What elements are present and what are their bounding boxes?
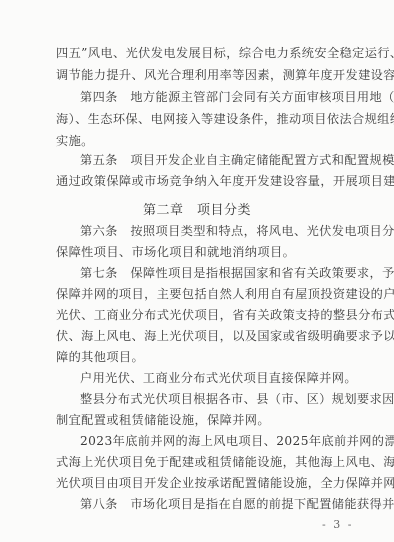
text-line: 光伏、工商业分布式光伏项目，省有关政策支持的整县分布式光 [56, 308, 352, 323]
text-line: 式海上光伏项目免于配建或租赁储能设施，其他海上风电、海上 [56, 455, 352, 470]
text-line: 光伏项目由项目开发企业按承诺配置储能设施，全力保障并网。 [56, 476, 352, 491]
text-line: 通过政策保障或市场竞争纳入年度开发建设容量，开展项目建设。 [56, 174, 352, 189]
text-line: 第六条 按照项目类型和特点，将风电、光伏发电项目分为 [80, 224, 352, 239]
text-line: 户用光伏、工商业分布式光伏项目直接保障并网。 [80, 371, 352, 386]
chapter-heading: 第二章 项目分类 [0, 199, 394, 218]
text-line: 第五条 项目开发企业自主确定储能配置方式和配置规模， [80, 153, 352, 168]
text-line: 制宜配置或租赁储能设施，保障并网。 [56, 413, 352, 428]
page-number: - 3 - [322, 518, 353, 531]
text-line: 第八条 市场化项目是指在自愿的前提下配置储能获得并 [80, 497, 352, 512]
text-line: 海）、生态环保、电网接入等建设条件，推动项目依法合规组织 [56, 112, 352, 127]
text-line: 保障性项目、市场化项目和就地消纳项目。 [56, 245, 352, 260]
text-line: 2023年底前并网的海上风电项目、2025年底前并网的漂浮 [80, 434, 352, 449]
text-line: 保障并网的项目，主要包括自然人利用自有屋顶投资建设的户用 [56, 287, 352, 302]
text-line: 第七条 保障性项目是指根据国家和省有关政策要求，予以 [80, 266, 352, 281]
text-line: 第四条 地方能源主管部门会同有关方面审核项目用地（用 [80, 90, 352, 105]
text-line: 整县分布式光伏项目根据各市、县（市、区）规划要求因地 [80, 392, 352, 407]
text-line: 实施。 [56, 134, 352, 149]
text-line: 伏、海上风电、海上光伏项目，以及国家或省级明确要求予以保 [56, 329, 352, 344]
text-line: 四五”风电、光伏发电发展目标，综合电力系统安全稳定运行、 [56, 46, 352, 61]
text-line: 障的其他项目。 [56, 350, 352, 365]
text-line: 调节能力提升、风光合理利用率等因素，测算年度开发建设容量。 [56, 68, 352, 83]
